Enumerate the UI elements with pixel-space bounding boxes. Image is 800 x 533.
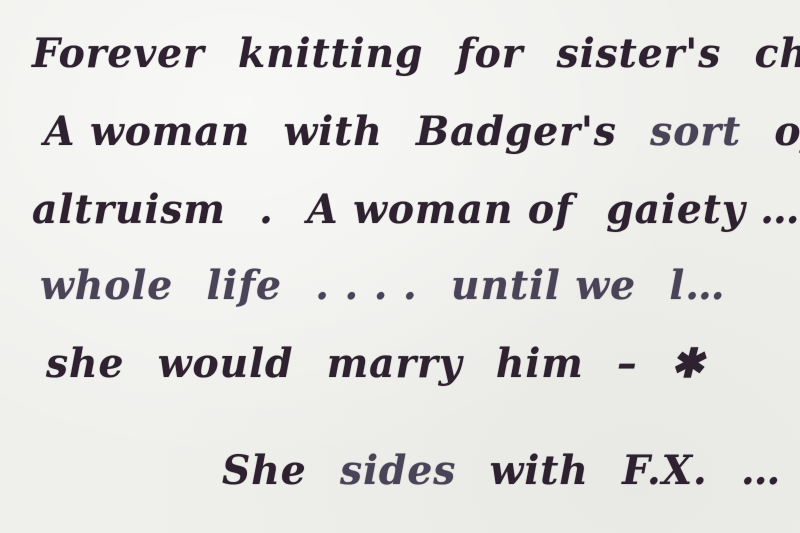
word: life (206, 262, 282, 309)
word: . . . . (315, 262, 417, 309)
word: altruism (32, 186, 226, 233)
word: sister's (557, 30, 722, 77)
word: Forever (32, 30, 205, 77)
word: . (259, 186, 274, 233)
word: knitting (238, 30, 423, 77)
word: marry (327, 340, 463, 387)
word: him (496, 340, 584, 387)
manuscript-page: Foreverknittingforsister'schild… A woman… (0, 0, 800, 533)
word: sides (340, 447, 456, 494)
word: whole (40, 262, 173, 309)
manuscript-line-4: wholelife. . . .until wel… (40, 262, 725, 309)
word: gaiety … (606, 186, 800, 233)
word: sort (650, 108, 741, 155)
word: she (46, 340, 124, 387)
word: would (158, 340, 294, 387)
manuscript-line-2: A womanwithBadger'ssortof … (44, 108, 800, 155)
word: A woman (44, 108, 250, 155)
word: of … (774, 108, 800, 155)
word: F.X. (622, 447, 708, 494)
manuscript-line-1: Foreverknittingforsister'schild… (32, 30, 800, 77)
word: Badger's (416, 108, 617, 155)
manuscript-line-3: altruism.A woman ofgaiety … (32, 186, 800, 233)
word: l… (669, 262, 725, 309)
manuscript-line-6: ShesideswithF.X.… (222, 447, 781, 494)
word: … (741, 447, 781, 494)
word: She (222, 447, 307, 494)
manuscript-line-5: shewouldmarryhim–✱ (46, 340, 705, 387)
word: child… (755, 30, 800, 77)
asterisk-mark-icon: ✱ (671, 340, 705, 387)
word: with (284, 108, 383, 155)
word: for (457, 30, 524, 77)
word: until we (451, 262, 636, 309)
word: A woman of (307, 186, 573, 233)
word: with (490, 447, 589, 494)
word: – (617, 340, 638, 387)
